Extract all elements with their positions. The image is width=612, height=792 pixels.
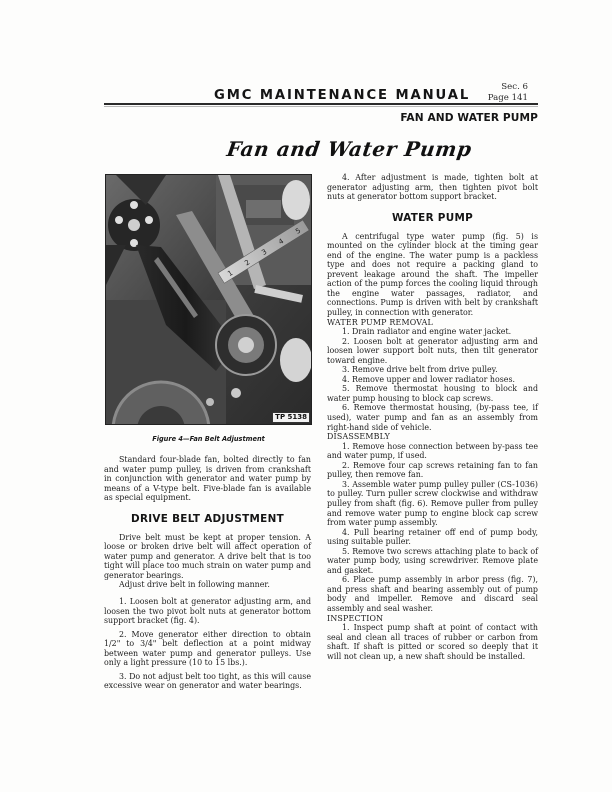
disassembly-step-2: 2. Remove four cap screws retaining fan … <box>327 461 538 480</box>
disassembly-step-5: 5. Remove two screws attaching plate to … <box>327 547 538 576</box>
drive-belt-paragraph: Drive belt must be kept at proper tensio… <box>104 533 311 581</box>
section-page-label: Sec. 6 Page 141 <box>488 82 528 103</box>
engine-photo-illustration: 1 2 3 4 5 <box>106 175 312 425</box>
section-title: FAN AND WATER PUMP <box>400 112 538 124</box>
adjust-intro: Adjust drive belt in following manner. <box>104 580 311 590</box>
intro-paragraph: Standard four-blade fan, bolted directly… <box>104 455 311 503</box>
inspection-heading: INSPECTION <box>327 614 538 624</box>
figure-tag: TP 5138 <box>272 412 310 423</box>
removal-step-1: 1. Drain radiator and engine water jacke… <box>327 327 538 337</box>
removal-step-4: 4. Remove upper and lower radiator hoses… <box>327 375 538 385</box>
adjust-step-2: 2. Move generator either direction to ob… <box>104 630 311 668</box>
disassembly-step-4: 4. Pull bearing retainer off end of pump… <box>327 528 538 547</box>
disassembly-heading: DISASSEMBLY <box>327 432 538 442</box>
adjust-step-3: 3. Do not adjust belt too tight, as this… <box>104 672 311 691</box>
disassembly-step-1: 1. Remove hose connection between by-pas… <box>327 442 538 461</box>
header-rule <box>104 103 538 105</box>
disassembly-step-3: 3. Assemble water pump pulley puller (CS… <box>327 480 538 528</box>
chapter-title: Fan and Water Pump <box>225 137 473 161</box>
figure-caption: Figure 4—Fan Belt Adjustment <box>105 435 312 443</box>
section-number: Sec. 6 <box>488 82 528 93</box>
fan-belt-photo: 1 2 3 4 5 TP 5138 <box>105 174 312 425</box>
left-column: Standard four-blade fan, bolted directly… <box>104 455 311 691</box>
removal-step-3: 3. Remove drive belt from drive pulley. <box>327 365 538 375</box>
disassembly-step-6: 6. Place pump assembly in arbor press (f… <box>327 575 538 613</box>
removal-heading: WATER PUMP REMOVAL <box>327 318 538 328</box>
inspection-step-1: 1. Inspect pump shaft at point of contac… <box>327 623 538 661</box>
removal-step-2: 2. Loosen bolt at generator adjusting ar… <box>327 337 538 366</box>
adjust-step-4: 4. After adjustment is made, tighten bol… <box>327 173 538 202</box>
header-rule-secondary <box>104 106 538 107</box>
water-pump-heading: WATER PUMP <box>327 212 538 224</box>
page-number: Page 141 <box>488 93 528 104</box>
water-pump-paragraph: A centrifugal type water pump (fig. 5) i… <box>327 232 538 318</box>
adjust-step-1: 1. Loosen bolt at generator adjusting ar… <box>104 597 311 626</box>
right-column: 4. After adjustment is made, tighten bol… <box>327 173 538 661</box>
drive-belt-heading: DRIVE BELT ADJUSTMENT <box>104 513 311 525</box>
removal-step-6: 6. Remove thermostat housing, (by-pass t… <box>327 403 538 432</box>
manual-title: GMC MAINTENANCE MANUAL <box>214 88 470 103</box>
removal-step-5: 5. Remove thermostat housing to block an… <box>327 384 538 403</box>
manual-page: GMC MAINTENANCE MANUAL Sec. 6 Page 141 F… <box>0 0 612 792</box>
